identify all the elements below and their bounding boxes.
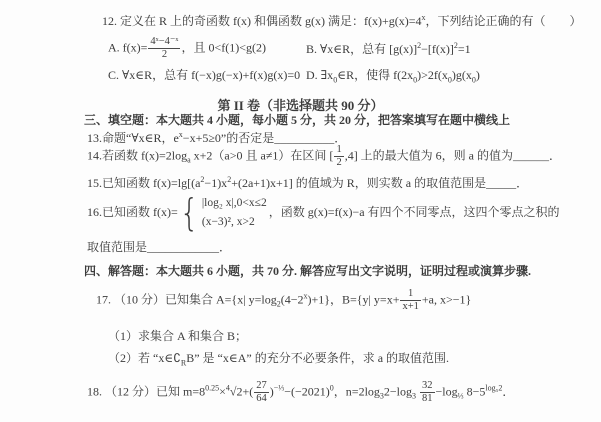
question-16-continuation: 取值范围是____________． <box>87 239 231 255</box>
question-18-stem: 18. （12 分）已知 m=80.25×4√2+(2764)−⅓−(−2021… <box>87 380 514 405</box>
q12-option-b: B. ∀x∈R，总有 [g(x)]2−[f(x)]2=1 <box>306 40 587 57</box>
question-17-stem: 17. （10 分）已知集合 A={x| y=log2(4−2x)+1}，B={… <box>96 288 471 313</box>
question-15-stem: 15.已知函数 f(x)=lg[(a2−1)x2+(2a+1)x+1] 的值域为… <box>87 175 528 191</box>
section3-instructions: 三、填空题：本大题共 4 小题，每小题 5 分，共 20 分，把答案填写在题中横… <box>84 112 510 128</box>
section4-instructions: 四、解答题：本大题共 6 小题，共 70 分. 解答应写出文字说明，证明过程或演… <box>84 263 531 279</box>
question-17-part1: （1）求集合 A 和集合 B； <box>108 328 247 344</box>
q12-option-d: D. ∃x0∈R，使得 f(2x0)>2f(x0)g(x0) <box>306 66 587 83</box>
question-12-stem: 12. 定义在 R 上的奇函数 f(x) 和偶函数 g(x) 满足：f(x)+g… <box>102 13 582 29</box>
q12-options-row-1: A. f(x)=4ˣ−4⁻ˣ2，且 0<f(1)<g(2) B. ∀x∈R，总有… <box>108 36 587 61</box>
q12-option-a: A. f(x)=4ˣ−4⁻ˣ2，且 0<f(1)<g(2) <box>108 36 306 61</box>
q12-option-c: C. ∀x∈R，总有 f(−x)g(−x)+f(x)g(x)=0 <box>108 66 306 83</box>
question-14-stem: 14.若函数 f(x)=2loga x+2（a>0 且 a≠1）在区间 [12,… <box>87 144 561 169</box>
question-16-stem: 16.已知函数 f(x)={|log₂ x|,0<x≤2(x−3)², x>2，… <box>87 196 560 230</box>
exam-paper-page: 12. 定义在 R 上的奇函数 f(x) 和偶函数 g(x) 满足：f(x)+g… <box>0 0 601 422</box>
question-17-part2: （2）若 “x∈∁RB” 是 “x∈A” 的充分不必要条件，求 a 的取值范围. <box>108 350 449 366</box>
q12-options-row-2: C. ∀x∈R，总有 f(−x)g(−x)+f(x)g(x)=0 D. ∃x0∈… <box>108 66 587 83</box>
